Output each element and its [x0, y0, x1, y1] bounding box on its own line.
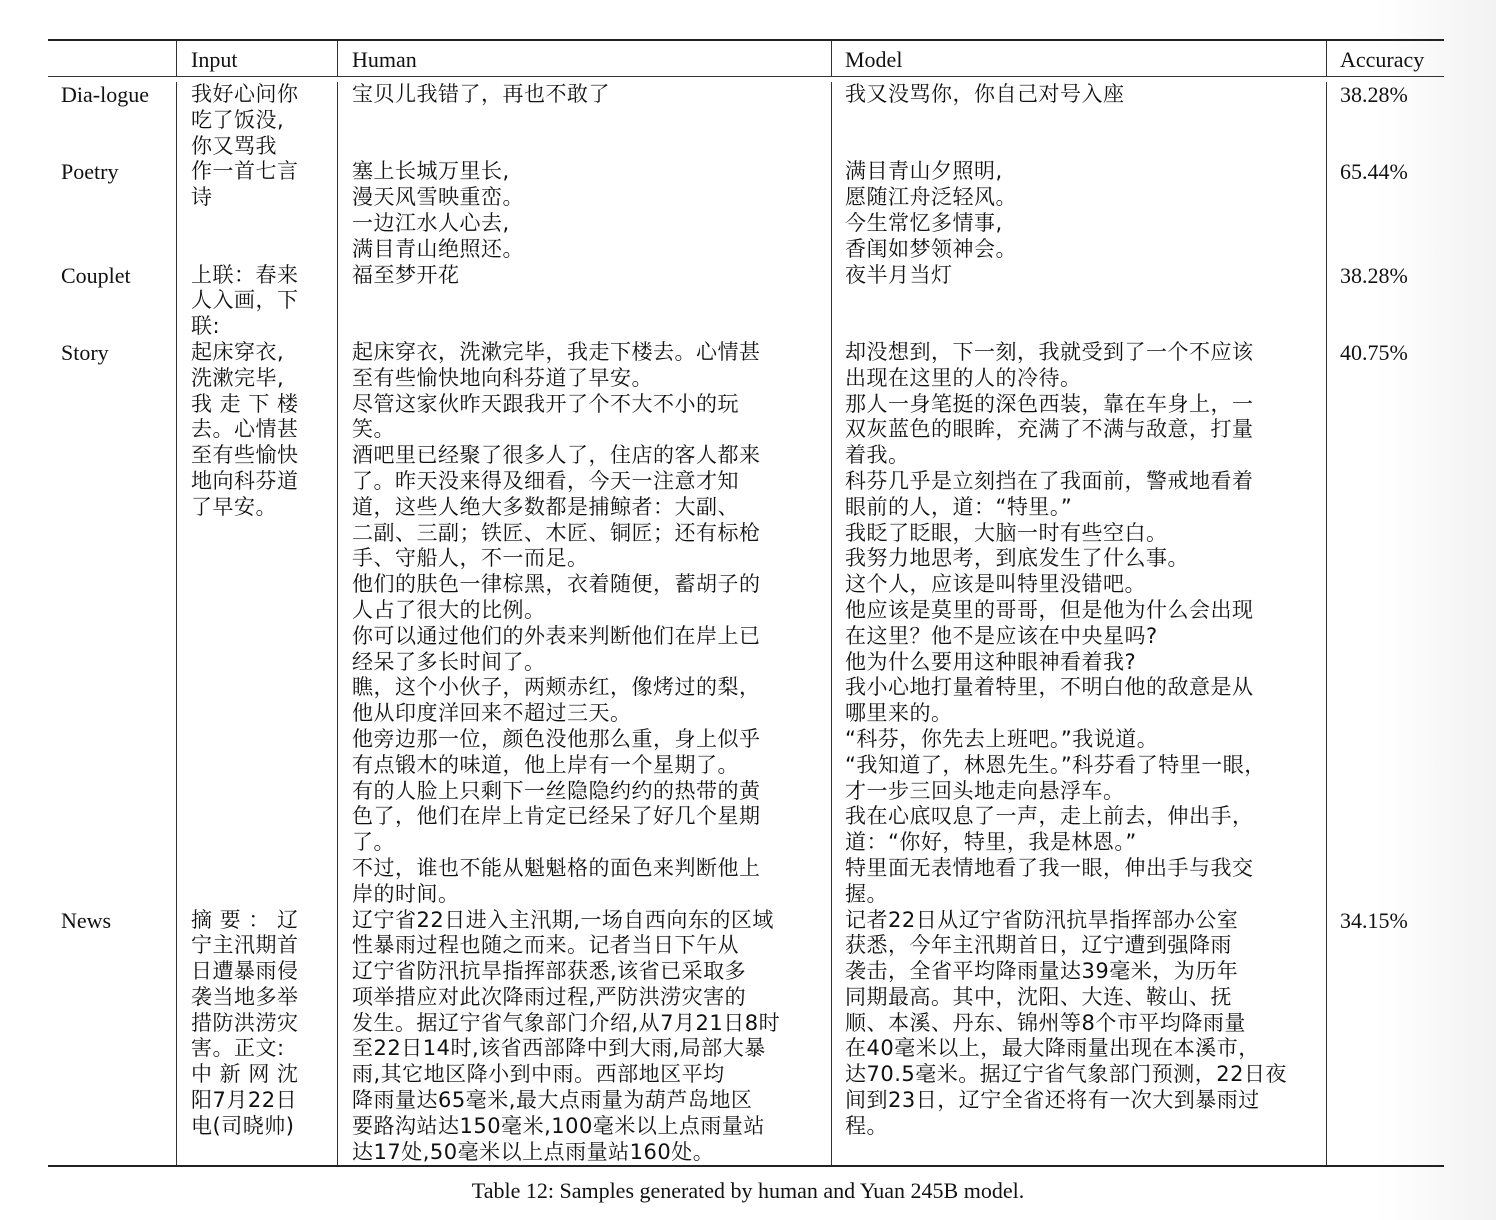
header-category — [48, 41, 176, 76]
row-human-line: 一边江水人心去, — [352, 211, 819, 237]
row-model-line: 这个人，应该是叫特里没错吧。 — [845, 572, 1314, 598]
row-human: 塞上长城万里长,漫天风雪映重峦。一边江水人心去,满目青山绝照还。 — [337, 159, 831, 262]
row-human: 福至梦开花 — [337, 263, 831, 340]
row-input-line: 阳7月22日 — [191, 1088, 328, 1114]
table-row: Poetry作一首七言诗塞上长城万里长,漫天风雪映重峦。一边江水人心去,满目青山… — [48, 159, 1444, 262]
row-input-line: 洗漱完毕, — [191, 366, 328, 392]
row-human-line: 了。 — [352, 830, 819, 856]
row-input-line: 了早安。 — [191, 495, 328, 521]
row-model-line: 特里面无表情地看了我一眼，伸出手与我交 — [845, 856, 1314, 882]
row-model-line: 双灰蓝色的眼眸，充满了不满与敌意，打量 — [845, 417, 1314, 443]
row-input-line: 我好心问你 — [191, 82, 328, 108]
row-model: 满目青山夕照明,愿随江舟泛轻风。今生常忆多情事,香闺如梦领神会。 — [831, 159, 1326, 262]
row-model-line: 愿随江舟泛轻风。 — [845, 185, 1314, 211]
row-accuracy: 38.28% — [1326, 82, 1444, 159]
row-input-line: 摘 要 ： 辽 — [191, 908, 328, 934]
row-human-line: 他们的肤色一律棕黑，衣着随便，蓄胡子的 — [352, 572, 819, 598]
row-human-line: 不过，谁也不能从魁魁格的面色来判断他上 — [352, 856, 819, 882]
row-input-line: 电(司晓帅) — [191, 1114, 328, 1140]
row-input: 上联：春来人入画，下联: — [176, 263, 337, 340]
row-input-line: 人入画，下 — [191, 288, 328, 314]
row-human: 宝贝儿我错了，再也不敢了 — [337, 82, 831, 159]
row-input-line: 作一首七言 — [191, 159, 328, 185]
row-model-line: 间到23日，辽宁全省还将有一次大到暴雨过 — [845, 1088, 1314, 1114]
row-model-line: 我眨了眨眼，大脑一时有些空白。 — [845, 521, 1314, 547]
row-human-line: 岸的时间。 — [352, 882, 819, 908]
row-category: Couplet — [48, 263, 176, 340]
row-human: 起床穿衣，洗漱完毕，我走下楼去。心情甚至有些愉快地向科芬道了早安。尽管这家伙昨天… — [337, 340, 831, 908]
row-model-line: 科芬几乎是立刻挡在了我面前，警戒地看着 — [845, 469, 1314, 495]
row-human-line: 尽管这家伙昨天跟我开了个不大不小的玩 — [352, 392, 819, 418]
row-input-line: 上联：春来 — [191, 263, 328, 289]
row-human-line: 达17处,50毫米以上点雨量站160处。 — [352, 1140, 819, 1166]
row-human-line: 你可以通过他们的外表来判断他们在岸上已 — [352, 624, 819, 650]
row-model-line: 出现在这里的人的冷待。 — [845, 366, 1314, 392]
row-model-line: 他应该是莫里的哥哥，但是他为什么会出现 — [845, 598, 1314, 624]
row-input: 起床穿衣,洗漱完毕,我 走 下 楼去。心情甚至有些愉快地向科芬道了早安。 — [176, 340, 337, 908]
row-human-line: 瞧，这个小伙子，两颊赤红，像烤过的梨， — [352, 675, 819, 701]
row-human-line: 他旁边那一位，颜色没他那么重，身上似乎 — [352, 727, 819, 753]
row-model: 记者22日从辽宁省防汛抗旱指挥部办公室获悉，今年主汛期首日，辽宁遭到强降雨袭击，… — [831, 908, 1326, 1166]
row-model-line: 在这里？他不是应该在中央星吗? — [845, 624, 1314, 650]
row-human-line: 了。昨天没来得及细看，今天一注意才知 — [352, 469, 819, 495]
row-model-line: 程。 — [845, 1114, 1314, 1140]
row-model-line: 获悉，今年主汛期首日，辽宁遭到强降雨 — [845, 933, 1314, 959]
table-row: Couplet上联：春来人入画，下联:福至梦开花夜半月当灯38.28% — [48, 263, 1444, 340]
table-header-row: Input Human Model Accuracy — [48, 41, 1444, 76]
row-human-line: 满目青山绝照还。 — [352, 237, 819, 263]
row-model-line: 达70.5毫米。据辽宁省气象部门预测，22日夜 — [845, 1062, 1314, 1088]
row-model-line: 道：“你好，特里，我是林恩。” — [845, 830, 1314, 856]
row-model-line: “我知道了，林恩先生。”科芬看了特里一眼， — [845, 753, 1314, 779]
row-model-line: 着我。 — [845, 443, 1314, 469]
row-category: Poetry — [48, 159, 176, 262]
row-input: 我好心问你吃了饭没,你又骂我 — [176, 82, 337, 159]
row-human-line: 酒吧里已经聚了很多人了，住店的客人都来 — [352, 443, 819, 469]
header-human: Human — [337, 41, 831, 76]
row-human-line: 二副、三副；铁匠、木匠、铜匠；还有标枪 — [352, 521, 819, 547]
row-accuracy: 40.75% — [1326, 340, 1444, 908]
row-human-line: 要路沟站达150毫米,100毫米以上点雨量站 — [352, 1114, 819, 1140]
row-human-line: 福至梦开花 — [352, 263, 819, 289]
row-input-line: 地向科芬道 — [191, 469, 328, 495]
row-human-line: 至22日14时,该省西部降中到大雨,局部大暴 — [352, 1036, 819, 1062]
bottom-rule — [48, 1165, 1444, 1167]
row-human-line: 道，这些人绝大多数都是捕鲸者：大副、 — [352, 495, 819, 521]
row-model-line: 香闺如梦领神会。 — [845, 237, 1314, 263]
row-model-line: 握。 — [845, 882, 1314, 908]
row-human-line: 漫天风雪映重峦。 — [352, 185, 819, 211]
row-human-line: 辽宁省防汛抗旱指挥部获悉,该省已采取多 — [352, 959, 819, 985]
header-input: Input — [176, 41, 337, 76]
row-human-line: 辽宁省22日进入主汛期,一场自西向东的区域 — [352, 908, 819, 934]
row-model-line: 满目青山夕照明, — [845, 159, 1314, 185]
row-human-line: 降雨量达65毫米,最大点雨量为葫芦岛地区 — [352, 1088, 819, 1114]
row-input-line: 袭当地多举 — [191, 985, 328, 1011]
row-input: 摘 要 ： 辽宁主汛期首日遭暴雨侵袭当地多举措防洪涝灾害。正文:中 新 网 沈阳… — [176, 908, 337, 1166]
header-accuracy: Accuracy — [1326, 41, 1444, 76]
row-human-line: 塞上长城万里长, — [352, 159, 819, 185]
row-model-line: 夜半月当灯 — [845, 263, 1314, 289]
row-model: 却没想到，下一刻，我就受到了一个不应该出现在这里的人的冷待。那人一身笔挺的深色西… — [831, 340, 1326, 908]
row-human: 辽宁省22日进入主汛期,一场自西向东的区域性暴雨过程也随之而来。记者当日下午从辽… — [337, 908, 831, 1166]
row-input-line: 中 新 网 沈 — [191, 1062, 328, 1088]
table-body: Dia-logue我好心问你吃了饭没,你又骂我宝贝儿我错了，再也不敢了我又没骂你… — [48, 77, 1444, 1165]
row-model: 夜半月当灯 — [831, 263, 1326, 340]
row-accuracy: 38.28% — [1326, 263, 1444, 340]
table-row: Story起床穿衣,洗漱完毕,我 走 下 楼去。心情甚至有些愉快地向科芬道了早安… — [48, 340, 1444, 908]
row-input-line: 吃了饭没, — [191, 108, 328, 134]
row-human-line: 笑。 — [352, 417, 819, 443]
row-model-line: 同期最高。其中，沈阳、大连、鞍山、抚 — [845, 985, 1314, 1011]
row-input-line: 措防洪涝灾 — [191, 1011, 328, 1037]
row-model-line: 那人一身笔挺的深色西装，靠在车身上，一 — [845, 392, 1314, 418]
row-input-line: 日遭暴雨侵 — [191, 959, 328, 985]
row-accuracy: 65.44% — [1326, 159, 1444, 262]
row-model-line: 我努力地思考，到底发生了什么事。 — [845, 546, 1314, 572]
header-model: Model — [831, 41, 1326, 76]
row-human-line: 人占了很大的比例。 — [352, 598, 819, 624]
row-input-line: 你又骂我 — [191, 134, 328, 160]
row-model-line: 眼前的人，道：“特里。” — [845, 495, 1314, 521]
row-input-line: 起床穿衣, — [191, 340, 328, 366]
row-human-line: 雨,其它地区降小到中雨。西部地区平均 — [352, 1062, 819, 1088]
row-input-line: 联: — [191, 314, 328, 340]
row-input-line: 至有些愉快 — [191, 443, 328, 469]
row-human-line: 手、守船人，不一而足。 — [352, 546, 819, 572]
table-row: News摘 要 ： 辽宁主汛期首日遭暴雨侵袭当地多举措防洪涝灾害。正文:中 新 … — [48, 908, 1444, 1166]
row-input: 作一首七言诗 — [176, 159, 337, 262]
row-model: 我又没骂你，你自己对号入座 — [831, 82, 1326, 159]
row-human-line: 有点锻木的味道，他上岸有一个星期了。 — [352, 753, 819, 779]
table-caption: Table 12: Samples generated by human and… — [0, 1178, 1496, 1204]
row-model-line: 记者22日从辽宁省防汛抗旱指挥部办公室 — [845, 908, 1314, 934]
row-model-line: 他为什么要用这种眼神看着我? — [845, 650, 1314, 676]
row-human-line: 经呆了多长时间了。 — [352, 650, 819, 676]
row-model-line: “科芬，你先去上班吧。”我说道。 — [845, 727, 1314, 753]
row-input-line: 诗 — [191, 185, 328, 211]
row-human-line: 项举措应对此次降雨过程,严防洪涝灾害的 — [352, 985, 819, 1011]
row-human-line: 他从印度洋回来不超过三天。 — [352, 701, 819, 727]
row-category: Dia-logue — [48, 82, 176, 159]
row-model-line: 在40毫米以上，最大降雨量出现在本溪市， — [845, 1036, 1314, 1062]
row-model-line: 我在心底叹息了一声，走上前去，伸出手， — [845, 804, 1314, 830]
samples-table: Input Human Model Accuracy Dia-logue我好心问… — [48, 39, 1444, 1167]
row-input-line: 害。正文: — [191, 1036, 328, 1062]
row-model-line: 才一步三回头地走向悬浮车。 — [845, 779, 1314, 805]
table-row: Dia-logue我好心问你吃了饭没,你又骂我宝贝儿我错了，再也不敢了我又没骂你… — [48, 82, 1444, 159]
row-model-line: 哪里来的。 — [845, 701, 1314, 727]
row-category: News — [48, 908, 176, 1166]
row-category: Story — [48, 340, 176, 908]
row-model-line: 我小心地打量着特里，不明白他的敌意是从 — [845, 675, 1314, 701]
row-human-line: 宝贝儿我错了，再也不敢了 — [352, 82, 819, 108]
row-model-line: 袭击，全省平均降雨量达39毫米，为历年 — [845, 959, 1314, 985]
row-accuracy: 34.15% — [1326, 908, 1444, 1166]
row-model-line: 我又没骂你，你自己对号入座 — [845, 82, 1314, 108]
row-model-line: 今生常忆多情事, — [845, 211, 1314, 237]
row-input-line: 去。心情甚 — [191, 417, 328, 443]
row-model-line: 却没想到，下一刻，我就受到了一个不应该 — [845, 340, 1314, 366]
row-human-line: 起床穿衣，洗漱完毕，我走下楼去。心情甚 — [352, 340, 819, 366]
row-human-line: 有的人脸上只剩下一丝隐隐约约的热带的黄 — [352, 779, 819, 805]
row-model-line: 顺、本溪、丹东、锦州等8个市平均降雨量 — [845, 1011, 1314, 1037]
row-human-line: 发生。据辽宁省气象部门介绍,从7月21日8时 — [352, 1011, 819, 1037]
row-human-line: 色了，他们在岸上肯定已经呆了好几个星期 — [352, 804, 819, 830]
row-input-line: 宁主汛期首 — [191, 933, 328, 959]
row-input-line: 我 走 下 楼 — [191, 392, 328, 418]
row-human-line: 至有些愉快地向科芬道了早安。 — [352, 366, 819, 392]
row-human-line: 性暴雨过程也随之而来。记者当日下午从 — [352, 933, 819, 959]
